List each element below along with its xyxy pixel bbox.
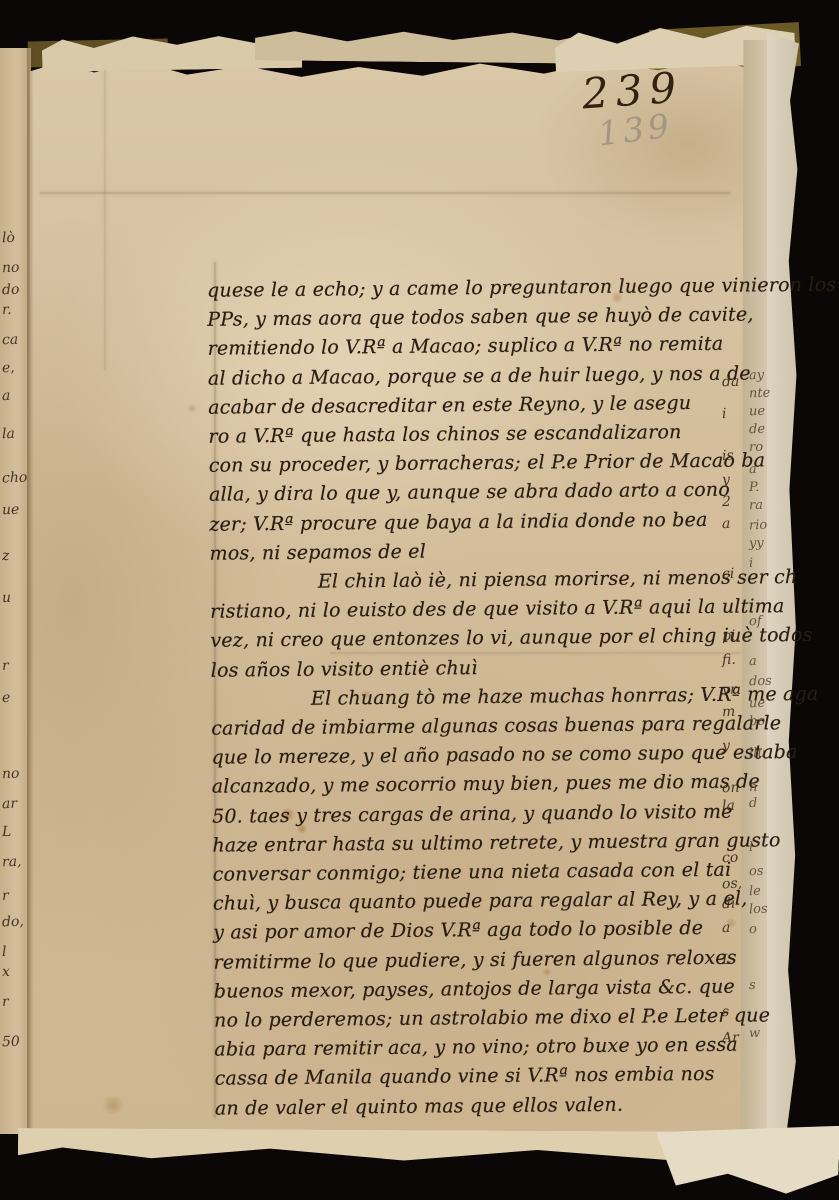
torn-bottom-edge	[18, 1128, 760, 1164]
text-fragment: ue	[2, 502, 20, 519]
text-fragment: is	[722, 448, 734, 464]
text-fragment: nte	[749, 386, 771, 402]
handwritten-line: zer; V.Rª procure que baya a la india do…	[209, 505, 769, 540]
text-fragment: da	[722, 374, 740, 391]
text-fragment: ro	[749, 440, 764, 455]
text-fragment: n	[749, 780, 758, 795]
text-fragment: i	[749, 556, 754, 571]
text-fragment: y	[722, 472, 730, 488]
text-fragment: dos	[749, 674, 772, 690]
text-fragment: ue	[749, 404, 766, 420]
text-fragment: e,	[2, 360, 15, 376]
text-fragment: de	[749, 422, 766, 438]
text-fragment: a	[749, 462, 757, 477]
text-fragment: r	[2, 658, 9, 674]
text-fragment: w	[749, 1026, 761, 1041]
text-fragment: co	[722, 850, 739, 867]
text-fragment: ar	[2, 796, 18, 813]
text-fragment: of	[749, 614, 762, 629]
text-fragment: fi.	[722, 652, 736, 668]
text-fragment: no	[2, 766, 20, 783]
text-fragment: x	[2, 964, 10, 980]
text-fragment: l	[2, 944, 7, 960]
handwritten-line: El chuang tò me haze muchas honrras; V.R…	[311, 680, 771, 714]
handwritten-line: an de valer el quinto mas que ellos vale…	[215, 1089, 775, 1124]
manuscript-scan: 239 139 quese le a echo; y a came lo pre…	[0, 0, 839, 1200]
text-fragment: os	[749, 864, 764, 879]
handwritten-line: vez, ni creo que entonzes lo vi, aunque …	[210, 622, 770, 657]
text-fragment: i	[722, 406, 727, 422]
text-fragment: s	[749, 978, 756, 993]
right-margin-fragments: daiisy2acipifi.vrmyonlacoos,diaLsAr	[722, 0, 750, 1200]
text-fragment: r.	[2, 302, 12, 318]
text-fragment: vr	[722, 682, 737, 699]
text-fragment: los	[749, 902, 768, 918]
text-fragment: a	[2, 388, 11, 404]
handwritten-line: El chin laò iè, ni piensa morirse, ni me…	[318, 563, 770, 597]
text-fragment: os,	[722, 876, 743, 893]
text-fragment: y	[722, 738, 730, 754]
text-fragment: s	[722, 1004, 730, 1020]
text-fragment: r	[2, 994, 9, 1010]
text-fragment: 2	[722, 494, 731, 510]
text-fragment: L	[722, 952, 732, 968]
text-fragment: ra,	[2, 854, 22, 871]
foxing-stain	[186, 404, 198, 413]
text-fragment: a	[749, 654, 757, 669]
text-fragment: do,	[2, 914, 24, 931]
text-fragment: la	[722, 798, 735, 814]
left-margin-fragments: lònodor.cae,alachouezurenoarLra,rdo,lxr5…	[2, 0, 30, 1200]
text-fragment: llu	[749, 746, 766, 762]
text-fragment: r	[2, 888, 9, 904]
text-fragment: bo	[749, 714, 766, 730]
text-fragment: l	[749, 840, 754, 855]
text-fragment: cho	[2, 470, 28, 487]
handwritten-line: cassa de Manila quando vine si V.Rª nos …	[215, 1060, 775, 1095]
text-fragment: la	[2, 426, 15, 442]
text-fragment: on	[722, 780, 740, 797]
text-fragment: o	[749, 922, 757, 937]
foxing-stain	[100, 1096, 126, 1114]
vertical-crease	[104, 70, 106, 370]
text-fragment: a	[722, 920, 731, 936]
text-fragment: ra	[749, 498, 763, 513]
horizontal-crease	[40, 192, 730, 194]
text-fragment: yy	[749, 536, 764, 552]
text-fragment: ay	[749, 368, 765, 384]
text-fragment: m	[722, 704, 736, 720]
text-fragment: 50	[2, 1034, 20, 1051]
letter-body: quese le a echo; y a came lo preguntaron…	[207, 271, 775, 1123]
right-edge-fragments: aynteuederoaP.rarioyyiofadosuebollundlos…	[749, 0, 775, 1200]
text-fragment: do	[2, 282, 20, 299]
text-fragment: di	[722, 896, 736, 912]
text-fragment: e	[2, 690, 11, 706]
text-fragment: a	[722, 516, 731, 532]
text-fragment: ca	[2, 332, 19, 349]
text-fragment: no	[2, 260, 20, 277]
text-fragment: d	[749, 796, 758, 811]
text-fragment: ci	[722, 566, 735, 582]
text-fragment: ue	[749, 696, 766, 712]
text-fragment: u	[2, 590, 12, 606]
handwritten-line: acabar de desacreditar en este Reyno, y …	[208, 388, 768, 423]
text-fragment: z	[2, 548, 10, 564]
text-fragment: le	[749, 884, 761, 899]
text-fragment: lò	[2, 230, 15, 246]
text-fragment: P.	[749, 480, 760, 495]
text-fragment: Ar	[722, 1030, 739, 1047]
text-fragment: L	[2, 824, 12, 840]
text-fragment: pi	[722, 628, 736, 644]
text-fragment: rio	[749, 518, 768, 534]
torn-top-edge	[255, 28, 585, 63]
